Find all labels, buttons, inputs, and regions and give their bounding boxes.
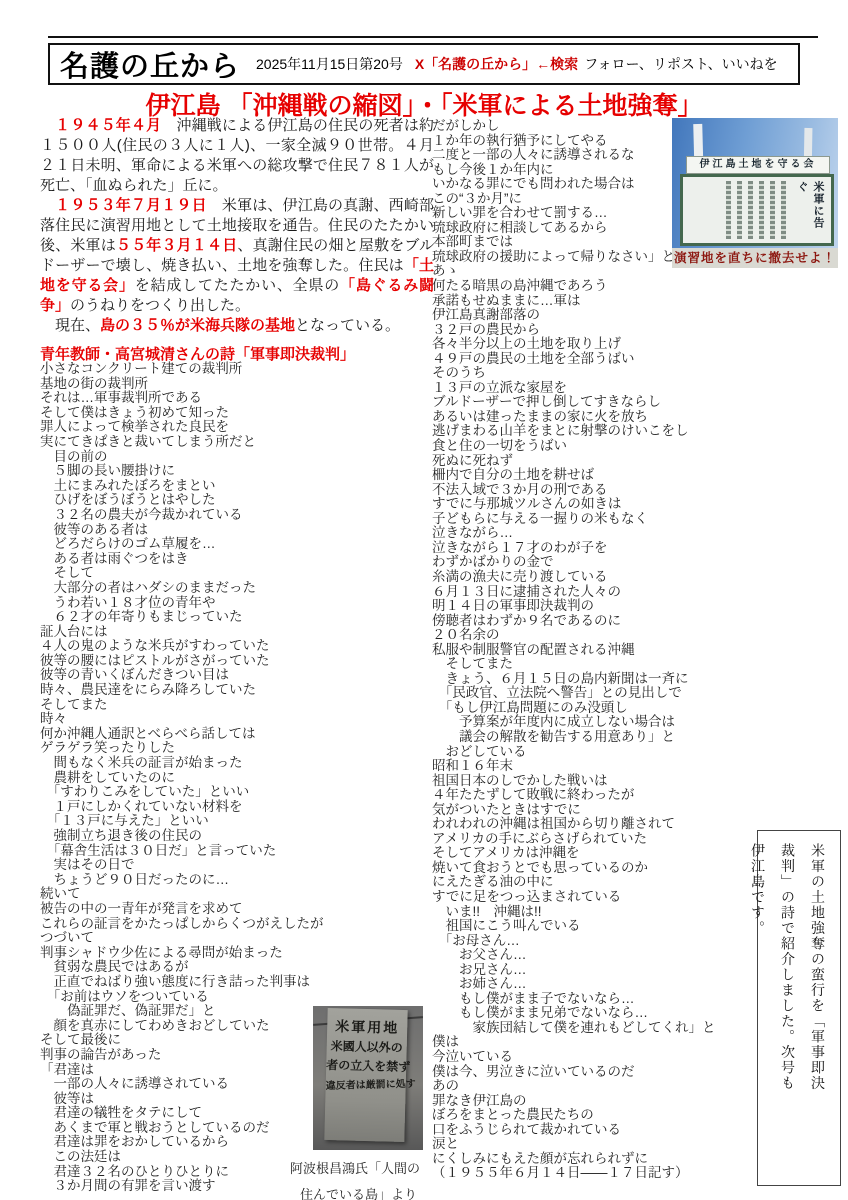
poem-line: すでに与那城ツルさんの如きは xyxy=(432,497,732,512)
poem-line: 間もなく米兵の証言が始まった xyxy=(40,756,430,771)
photo-caption: 阿波根昌鴻氏「人間の住んでいる島」より xyxy=(290,1156,450,1200)
poem-line: そして xyxy=(40,566,430,581)
poem-line: ３２名の農夫が今裁かれている xyxy=(40,508,430,523)
emphasis-red-text: １９５３年７月１９日 xyxy=(40,197,207,214)
top-divider xyxy=(48,36,818,38)
poem-line: 泣きながら… xyxy=(432,526,732,541)
poem-line: おどしている xyxy=(432,745,732,760)
poem-line: 彼等の青いくぼんだきつい目は xyxy=(40,668,430,683)
poem-line: ブルドーザーで押し倒してすきならし xyxy=(432,395,732,410)
poem-line: 「民政官、立法院へ警告」との見出しで xyxy=(432,686,732,701)
poem-column-right: だがしかし１か年の執行猶予にしてやる二度と一部の人々に誘導されるなもし今後１か年… xyxy=(432,119,732,1181)
poem-line: ぼろをまとった農民たちの xyxy=(432,1108,732,1123)
poem-line: つづいて xyxy=(40,931,430,946)
poem-line: わずかばかりの金で xyxy=(432,555,732,570)
poem-line: ４人の鬼のような米兵がすわっていた xyxy=(40,639,430,654)
us-army-land-sign: 米軍用地米國人以外の者の立入を禁ず違反者は厳罰に処す xyxy=(324,1008,407,1142)
body-text: となっている。 xyxy=(295,317,400,334)
poem-line: 正直でねばり強い態度に行き詰った判事は xyxy=(40,975,430,990)
photo-us-army-land-sign: 米軍用地米國人以外の者の立入を禁ず違反者は厳罰に処す xyxy=(313,1006,423,1150)
signboard-text-columns xyxy=(688,181,786,239)
poem-line: 私服や制服警官の配置される沖縄 xyxy=(432,643,732,658)
poem-line: ちょうど９０日だったのに… xyxy=(40,873,430,888)
poem-line: 予算案が年度内に成立しない場合は xyxy=(432,715,732,730)
poem-line: 「お前はウソをついている xyxy=(40,990,430,1005)
poem-line: もし僕がまま兄弟でないなら… xyxy=(432,1006,732,1021)
poem-line: 死ぬに死ねず xyxy=(432,454,732,469)
poem-line: 僕は今、男泣きに泣いているのだ xyxy=(432,1065,732,1080)
poem-line: 泣きながら１７才のわが子を xyxy=(432,541,732,556)
poem-line: 僕は xyxy=(432,1035,732,1050)
sign-text-line: 米國人以外の xyxy=(326,1037,406,1058)
poem-line: 実はその日で xyxy=(40,858,430,873)
poem-line: 口をふうじられて裁かれている xyxy=(432,1123,732,1138)
intro-paragraph: 現在、島の３５％が米海兵隊の基地となっている。 xyxy=(40,316,434,336)
masthead: 名護の丘から 2025年11月15日第20号 X「名護の丘から」←検索 フォロー… xyxy=(48,43,800,85)
poem-line: 目の前の xyxy=(40,450,430,465)
poem-line: アメリカの手にぶらさげられていた xyxy=(432,832,732,847)
poem-line: そしてアメリカは沖縄を xyxy=(432,846,732,861)
poem-line: ２０名余の xyxy=(432,628,732,643)
poem-line: 祖国日本のしでかした戦いは xyxy=(432,774,732,789)
poem-line: 今泣いている xyxy=(432,1050,732,1065)
poem-line: 逃げまわる山羊をまとに射撃のけいこをし xyxy=(432,424,732,439)
poem-line: 議会の解散を勧告する用意あり」と xyxy=(432,730,732,745)
poem-line: もし僕がまま子でないなら… xyxy=(432,992,732,1007)
poem-line: ４年たたずして敗戦に終わったが xyxy=(432,788,732,803)
poem-line: （１９５５年６月１４日――１７日記す） xyxy=(432,1166,732,1181)
poem-line: 家族団結して僕を連れもどしてくれ」と xyxy=(432,1021,732,1036)
poem-line: 時々 xyxy=(40,712,430,727)
poem-line: 罪なき伊江島の xyxy=(432,1094,732,1109)
poem-line: 涙と xyxy=(432,1137,732,1152)
follow-note: フォロー、リポスト、いいねを xyxy=(584,54,777,74)
poem-line: ６２才の年寄りもまじっていた xyxy=(40,610,430,625)
poem-line: 傍聴者はわずか９名であるのに xyxy=(432,614,732,629)
sign-text-line: 米軍用地 xyxy=(327,1018,407,1039)
sign-text-line: 者の立入を禁ず xyxy=(326,1056,406,1077)
poem-line: ひげをぼうぼうとはやした xyxy=(40,493,430,508)
poem-line: 時々、農民達をにらみ降ろしていた xyxy=(40,683,430,698)
signboard-body: 米軍に告ぐ xyxy=(680,174,834,246)
emphasis-red-text: ５５年３月１４日 xyxy=(116,237,237,254)
poem-line: 「すわりこみをしていた」といい xyxy=(40,785,430,800)
poem-line: 不法入域で３か月の刑である xyxy=(432,483,732,498)
poem-line: お父さん… xyxy=(432,948,732,963)
editors-note-vertical: 米軍の土地強奪の蛮行を「軍事即決裁判」の詩で紹介しました。次号も伊江島です。 xyxy=(757,830,841,1186)
poem-line: 明１４日の軍事即決裁判の xyxy=(432,599,732,614)
newsletter-page: 名護の丘から 2025年11月15日第20号 X「名護の丘から」←検索 フォロー… xyxy=(0,0,848,1200)
poem-line: そしてまた xyxy=(432,657,732,672)
newsletter-title: 名護の丘から xyxy=(60,44,240,85)
poem-line: ６月１３日に逮捕された人々の xyxy=(432,585,732,600)
intro-section: １９４５年４月 沖縄戦による伊江島の住民の死者は約１５００人(住民の３人に１人)… xyxy=(40,116,434,336)
poem-line: 糸満の漁夫に売り渡している xyxy=(432,570,732,585)
caption-line: 阿波根昌鴻氏「人間の xyxy=(290,1156,450,1182)
editors-note-line: 裁判」の詩で紹介しました。次号も xyxy=(771,843,801,1173)
poem-line: これらの証言をかたっぱしからくつがえしたが xyxy=(40,917,430,932)
poem-line: そのうち xyxy=(432,366,732,381)
poem-line: 「お母さん… xyxy=(432,934,732,949)
editors-note-line: 米軍の土地強奪の蛮行を「軍事即決 xyxy=(801,843,831,1173)
poem-line: それは…軍事裁判所である xyxy=(40,391,430,406)
poem-line: 基地の街の裁判所 xyxy=(40,377,430,392)
poem-line: 昭和１６年末 xyxy=(432,759,732,774)
poem-line: 伊江島真謝部落の xyxy=(432,308,732,323)
signboard-side-text: 米軍に告ぐ xyxy=(794,181,826,239)
poem-line: 大部分の者はハダシのままだった xyxy=(40,581,430,596)
poem-line: 「１３戸に与えた」といい xyxy=(40,814,430,829)
poem-line: どろだらけのゴム草履を… xyxy=(40,537,430,552)
signboard-title: 伊江島土地を守る会 xyxy=(686,156,830,174)
poem-line: にえたぎる油の中に xyxy=(432,875,732,890)
signboard-slogan: 演習地を直ちに撤去せよ！ xyxy=(672,248,838,268)
intro-paragraph: １９５３年７月１９日 米軍は、伊江島の真謝、西崎部落住民に演習用地として土地接取… xyxy=(40,196,434,316)
poem-line: いま!! 沖縄は!! xyxy=(432,905,732,920)
sign-text-line: 違反者は厳罰に処す xyxy=(325,1075,405,1096)
poem-line: 何たる暗黒の島沖縄であろう xyxy=(432,279,732,294)
poem-line: １戸にしかくれていない材料を xyxy=(40,800,430,815)
intro-paragraph: １９４５年４月 沖縄戦による伊江島の住民の死者は約１５００人(住民の３人に１人)… xyxy=(40,116,434,196)
poem-line: 柵内で自分の土地を耕せば xyxy=(432,468,732,483)
poem-line: ある者は雨ぐつをはき xyxy=(40,552,430,567)
emphasis-red-text: １９４５年４月 xyxy=(40,117,161,134)
editors-note-line: 伊江島です。 xyxy=(741,843,771,1173)
poem-line: 農耕をしていたのに xyxy=(40,771,430,786)
poem-line: 被告の中の一青年が発言を求めて xyxy=(40,902,430,917)
poem-line: 祖国にこう叫んでいる xyxy=(432,919,732,934)
body-text: 現在、 xyxy=(40,317,100,334)
poem-line: ５脚の長い腰掛けに xyxy=(40,464,430,479)
poem-line: ゲラゲラ笑ったりした xyxy=(40,741,430,756)
poem-line: そしてまた xyxy=(40,698,430,713)
photo-iejima-signboard: 伊江島土地を守る会 米軍に告ぐ 演習地を直ちに撤去せよ！ xyxy=(672,118,838,268)
poem-line: すでに足をつっ込まされている xyxy=(432,890,732,905)
poem-line: 「幕舎生活は３０日だ」と言っていた xyxy=(40,844,430,859)
poem-line: うわ若い１８才位の青年や xyxy=(40,596,430,611)
poem-line: お姉さん… xyxy=(432,977,732,992)
poem-line: 実にてきぱきと裁いてしまう所だと xyxy=(40,435,430,450)
poem-line: 食と住の一切をうばい xyxy=(432,439,732,454)
poem-line: 続いて xyxy=(40,887,430,902)
poem-line: 土にまみれたぼろをまとい xyxy=(40,479,430,494)
poem-line: 子どもらに与える一握りの米もなく xyxy=(432,512,732,527)
poem-line: 罪人によって検挙された良民を xyxy=(40,420,430,435)
poem-line: 小さなコンクリート建ての裁判所 xyxy=(40,362,430,377)
poem-line: 貧弱な農民ではあるが xyxy=(40,960,430,975)
emphasis-red-text: 島の３５％が米海兵隊の基地 xyxy=(100,317,295,334)
caption-line: 住んでいる島」より xyxy=(290,1182,450,1200)
body-text: を結成してたたかい、全県の xyxy=(135,277,340,294)
poem-line: あの xyxy=(432,1079,732,1094)
poem-line: 強制立ち退き後の住民の xyxy=(40,829,430,844)
poem-line: 何か沖縄人通訳とべらべら話しては xyxy=(40,727,430,742)
poem-line: 彼等のある者は xyxy=(40,523,430,538)
x-search-note: X「名護の丘から」←検索 xyxy=(415,54,578,74)
body-text: のうねりをつくり出した。 xyxy=(70,297,250,314)
poem-line: われわれの沖縄は祖国から切り離されて xyxy=(432,817,732,832)
poem-line: 各々半分以上の土地を取り上げ xyxy=(432,337,732,352)
poem-line: 承諾もせぬままに…軍は xyxy=(432,294,732,309)
issue-date: 2025年11月15日第20号 xyxy=(256,54,403,74)
poem-line: ４９戸の農民の土地を全部うばい xyxy=(432,352,732,367)
